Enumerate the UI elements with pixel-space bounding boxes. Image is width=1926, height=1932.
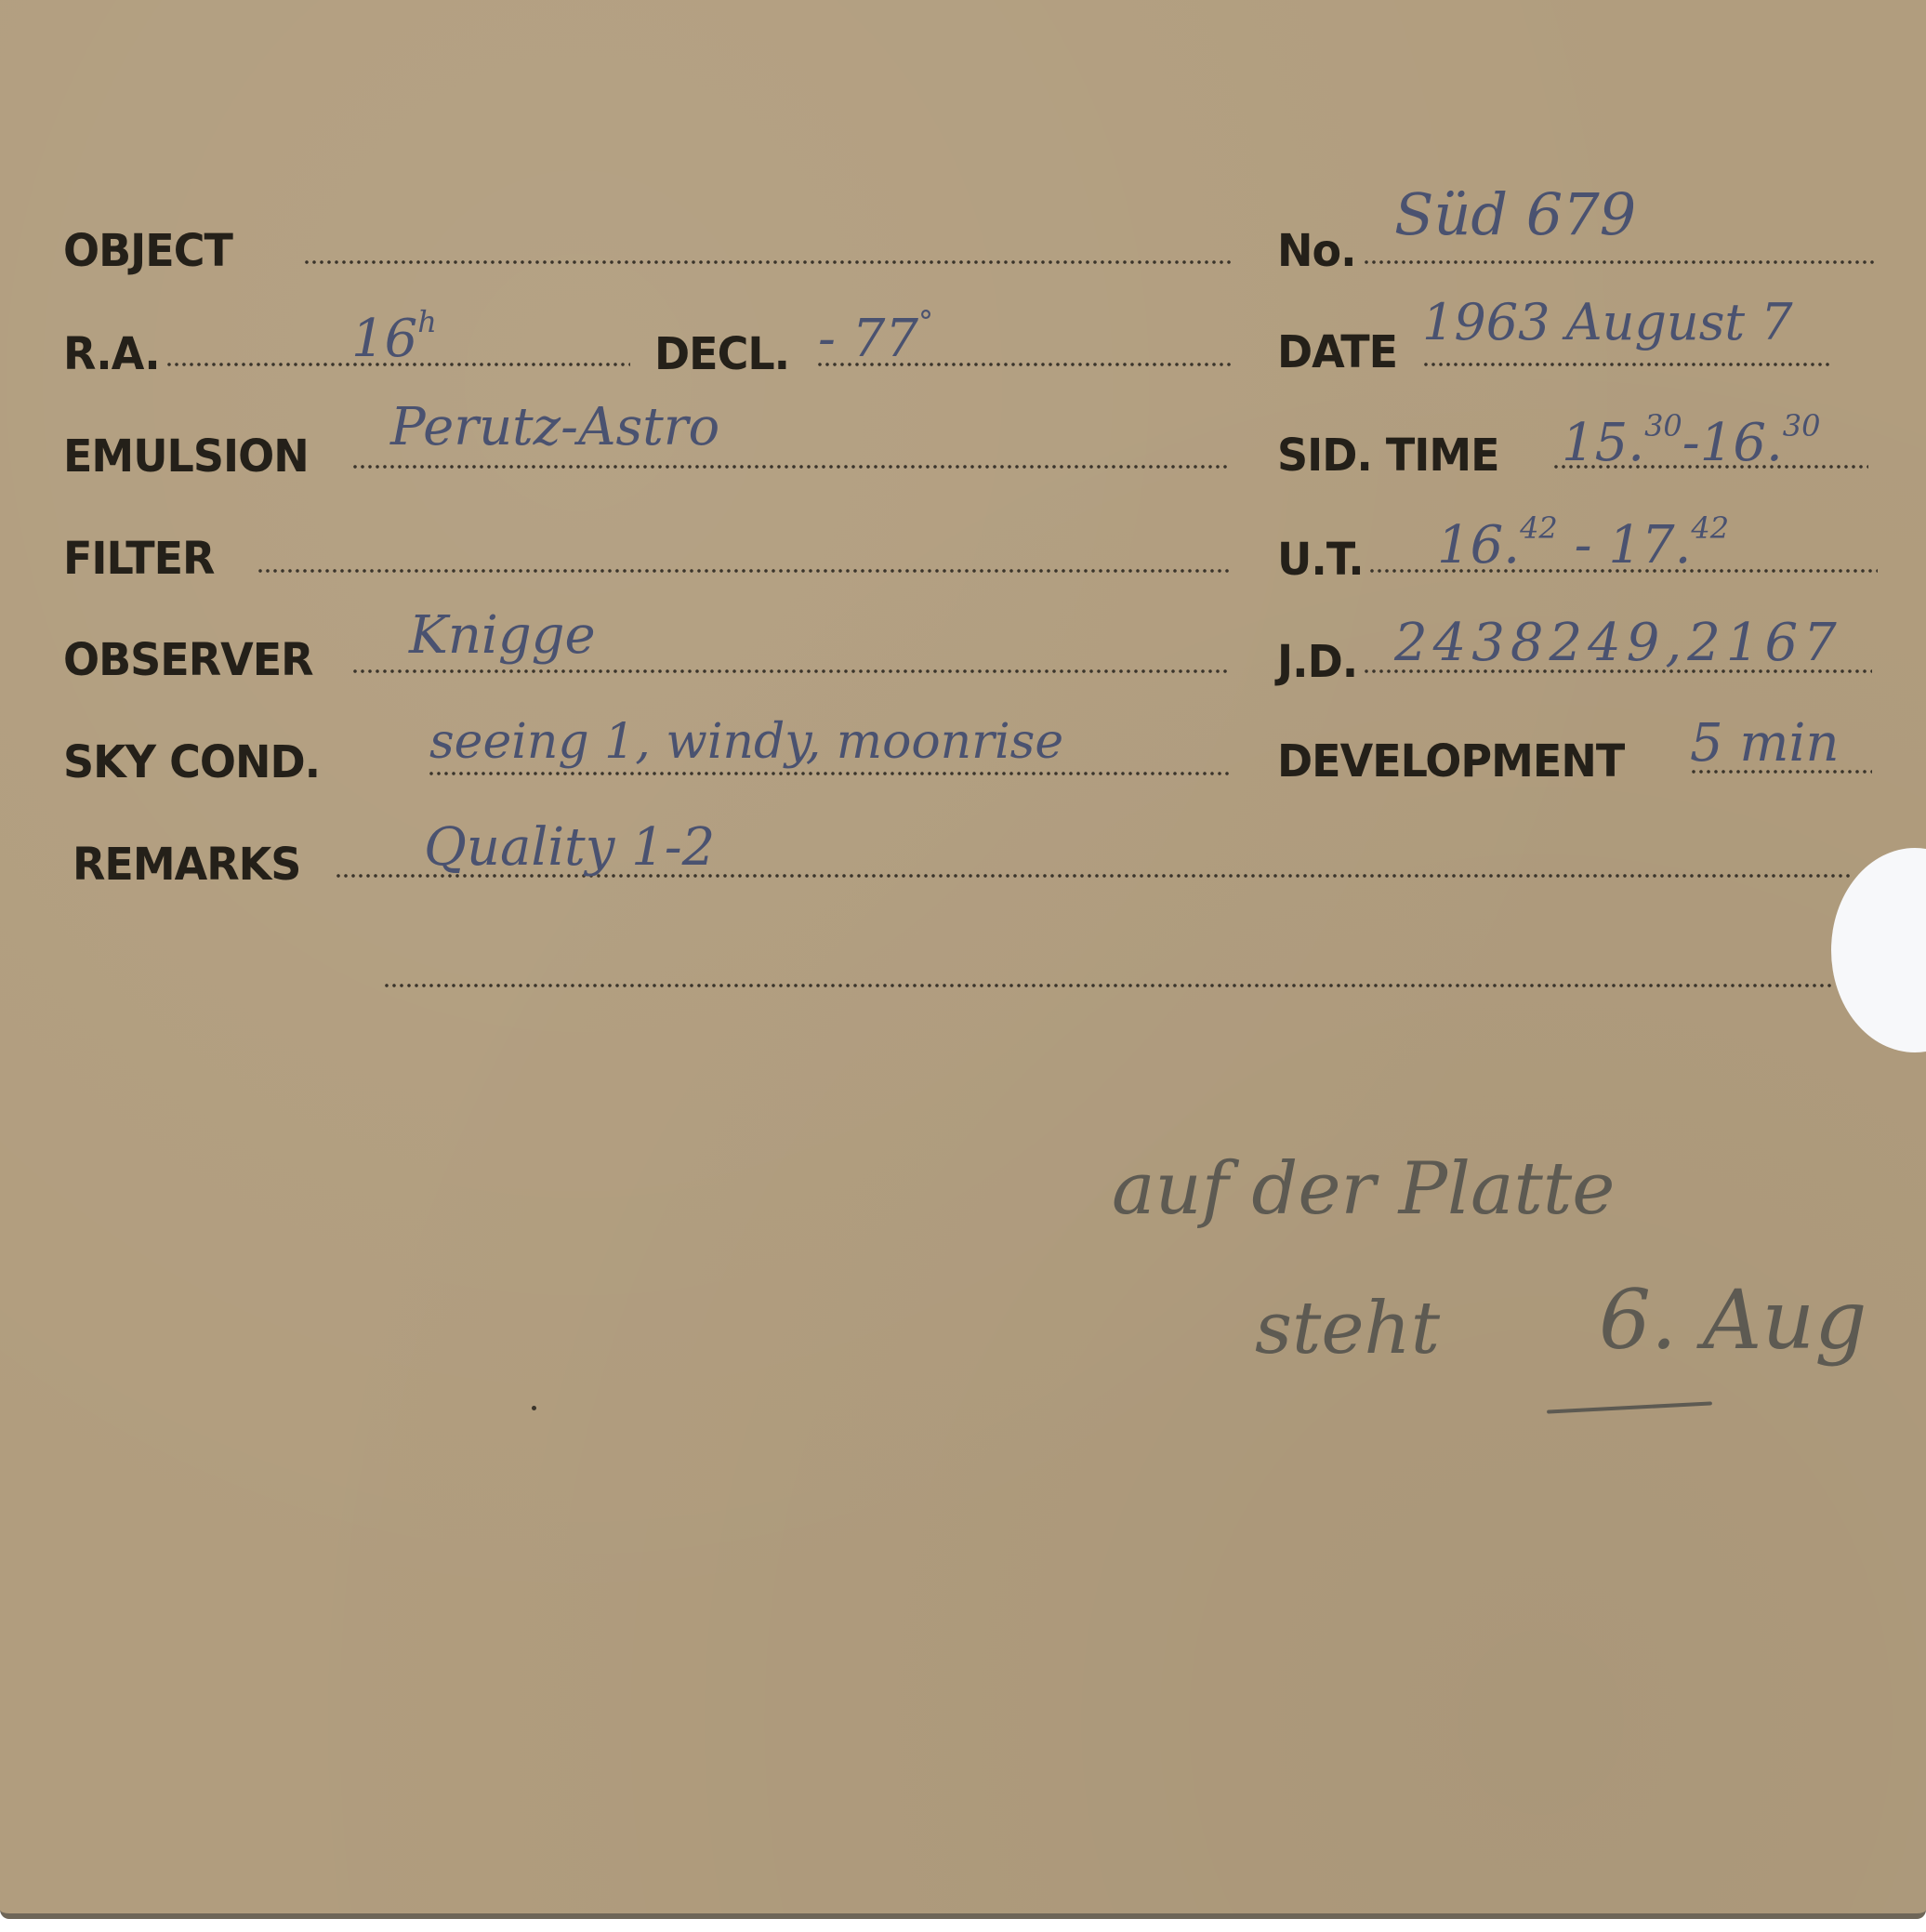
no-value: Süd 679: [1394, 186, 1636, 244]
date-value: 1963 August 7: [1422, 298, 1793, 348]
object-label: OBJECT: [63, 228, 232, 272]
jd-value: 2438249,2167: [1394, 617, 1842, 669]
remarks-value: Quality 1-2: [424, 822, 715, 874]
sid-time-label: SID. TIME: [1277, 432, 1499, 477]
emulsion-value: Perutz-Astro: [390, 402, 719, 454]
ut-value: 16.42 - 17.42: [1437, 513, 1729, 572]
paper-speck: [532, 1406, 536, 1410]
development-value: 5 min: [1690, 718, 1840, 770]
pencil-underline: [1547, 1401, 1712, 1413]
date-field-line: [1422, 363, 1831, 366]
remarks-field-line-2: [383, 984, 1833, 987]
decl-label: DECL.: [654, 331, 789, 376]
pencil-note-line2-word: steht: [1255, 1292, 1440, 1365]
no-label: No.: [1277, 228, 1356, 272]
jd-label: J.D.: [1277, 639, 1357, 683]
pencil-note-line1: auf der Platte: [1112, 1153, 1615, 1225]
ra-value: 16h: [351, 307, 437, 365]
observer-field-line: [351, 669, 1231, 673]
remarks-label: REMARKS: [73, 841, 300, 886]
decl-value: - 77°: [818, 307, 933, 365]
no-field-line: [1363, 260, 1878, 264]
pencil-note-line2-date: 6. Aug: [1599, 1279, 1867, 1361]
ut-label: U.T.: [1277, 536, 1364, 581]
date-label: DATE: [1277, 329, 1397, 374]
ra-label: R.A.: [63, 331, 160, 376]
filter-field-line: [257, 569, 1231, 573]
sky-cond-value: seeing 1, windy, moonrise: [429, 718, 1063, 766]
observer-value: Knigge: [409, 610, 596, 662]
filter-label: FILTER: [63, 536, 214, 580]
sky-cond-field-line: [428, 772, 1231, 775]
emulsion-field-line: [351, 465, 1231, 469]
object-field-line: [303, 260, 1231, 264]
sky-cond-label: SKY COND.: [63, 739, 320, 784]
plate-envelope-card: OBJECT R.A. 16h DECL. - 77° EMULSION Per…: [0, 0, 1926, 1919]
sid-time-value: 15.30-16.30: [1562, 411, 1820, 470]
observer-label: OBSERVER: [63, 637, 313, 681]
emulsion-label: EMULSION: [63, 433, 309, 478]
development-label: DEVELOPMENT: [1277, 738, 1624, 783]
